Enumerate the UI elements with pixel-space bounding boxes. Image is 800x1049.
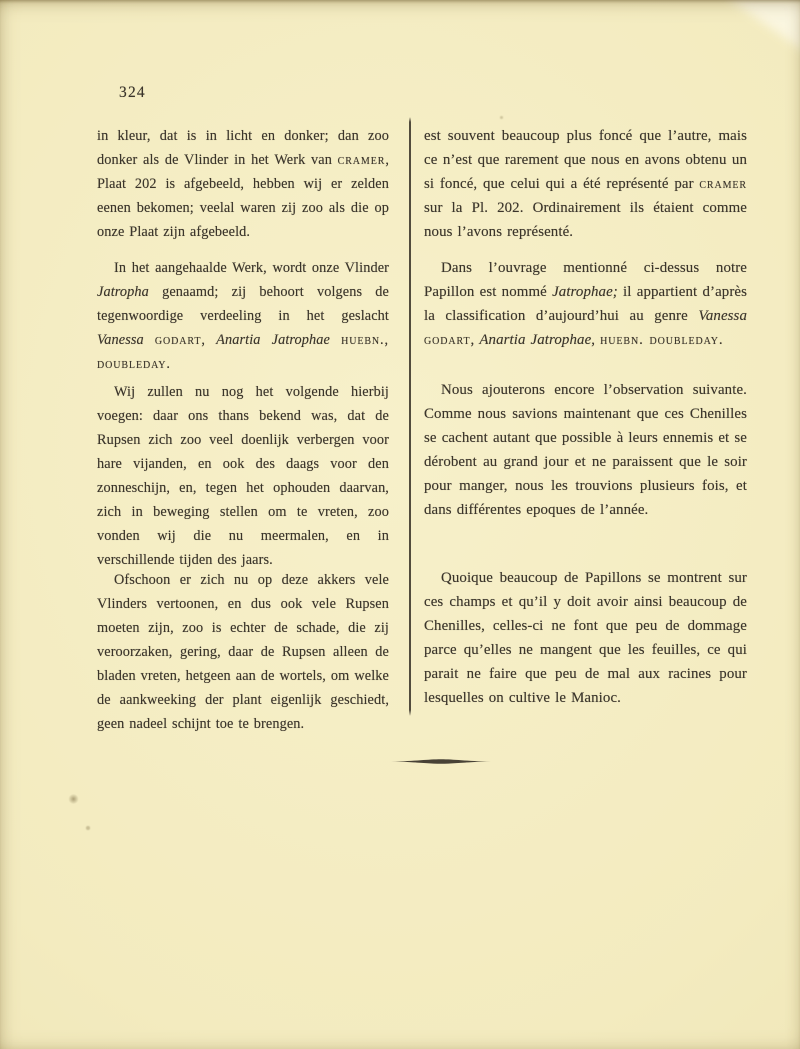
- text-run: Wij zullen nu nog het volgende hierbij v…: [97, 384, 389, 568]
- text-run-smallcaps: cramer: [338, 152, 386, 168]
- text-run: [144, 332, 155, 348]
- text-run-italic: Jatrophae;: [552, 284, 618, 300]
- column-divider-rule: [409, 117, 411, 716]
- text-run-italic: Anartia Jatrophae: [479, 332, 591, 348]
- text-run: In het aangehaalde Werk, wordt onze Vlin…: [114, 260, 389, 276]
- text-run-italic: Vanessa: [698, 308, 747, 324]
- text-run-italic: Vanessa: [97, 332, 144, 348]
- text-run: Ofschoon er zich nu op deze akkers vele …: [97, 572, 389, 732]
- text-run: sur la Pl. 202. Ordinairement ils étaien…: [424, 200, 747, 240]
- paragraph-french-4: Quoique beaucoup de Papillons se montren…: [424, 566, 747, 710]
- text-run: Nous ajouterons encore l’observation sui…: [424, 382, 747, 518]
- text-run-smallcaps: godart: [424, 332, 470, 348]
- paper-speck: [86, 826, 90, 830]
- text-run-smallcaps: cramer: [699, 176, 747, 192]
- page-corner-highlight: [722, 0, 800, 54]
- paragraph-dutch-1: in kleur, dat is in licht en donker; dan…: [97, 124, 389, 244]
- paper-stain: [68, 794, 79, 804]
- page-number: 324: [119, 84, 146, 102]
- text-run-italic: Jatropha: [97, 284, 149, 300]
- text-run-smallcaps: huebn. doubleday.: [600, 332, 723, 348]
- paragraph-dutch-4: Ofschoon er zich nu op deze akkers vele …: [97, 568, 389, 736]
- paper-speck: [500, 116, 503, 119]
- text-run: ,: [201, 332, 216, 348]
- text-run-italic: Anartia Jatrophae: [216, 332, 330, 348]
- text-run: ,: [591, 332, 600, 348]
- paragraph-french-3: Nous ajouterons encore l’observation sui…: [424, 378, 747, 522]
- text-run: [330, 332, 341, 348]
- text-run-smallcaps: godart: [155, 332, 201, 348]
- paragraph-dutch-3: Wij zullen nu nog het volgende hierbij v…: [97, 380, 389, 572]
- paragraph-french-1: est souvent beaucoup plus foncé que l’au…: [424, 124, 747, 244]
- text-run: ,: [470, 332, 479, 348]
- swelled-rule-ornament: [391, 757, 491, 766]
- paragraph-french-2: Dans l’ouvrage mentionné ci-dessus notre…: [424, 256, 747, 352]
- text-run: Quoique beaucoup de Papillons se montren…: [424, 570, 747, 706]
- book-page-scan: 324 in kleur, dat is in licht en donker;…: [0, 0, 800, 1049]
- paragraph-dutch-2: In het aangehaalde Werk, wordt onze Vlin…: [97, 256, 389, 376]
